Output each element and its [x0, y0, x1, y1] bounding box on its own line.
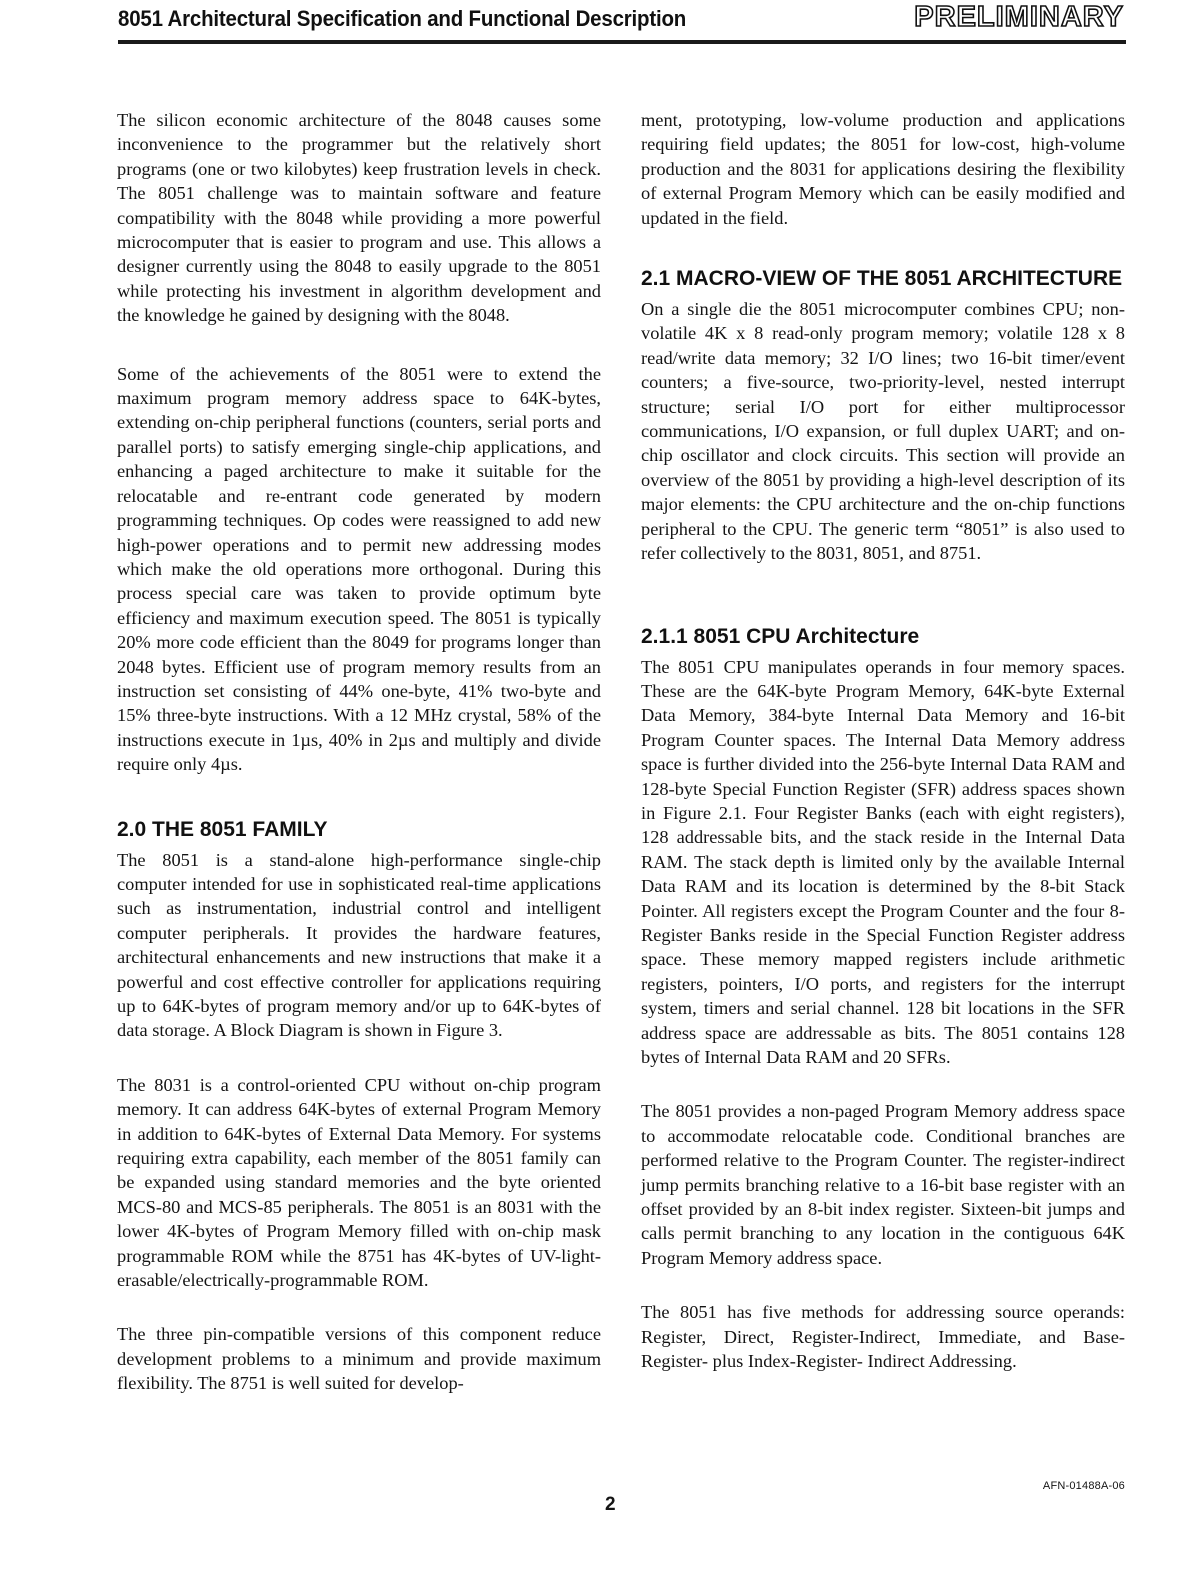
document-title: 8051 Architectural Specification and Fun…: [118, 6, 686, 32]
cpu-architecture-paragraph-2: The 8051 provides a non-paged Program Me…: [641, 1099, 1125, 1270]
section-heading-2-0: 2.0 THE 8051 FAMILY: [117, 817, 601, 842]
document-code: AFN-01488A-06: [1043, 1480, 1125, 1492]
cpu-architecture-paragraph-3: The 8051 has five methods for addressing…: [641, 1300, 1125, 1373]
right-column: ment, prototyping, low-volume production…: [641, 108, 1125, 1373]
macro-view-paragraph: On a single die the 8051 microcomputer c…: [641, 297, 1125, 565]
family-paragraph-3-cont: ment, prototyping, low-volume production…: [641, 108, 1125, 230]
page-header: 8051 Architectural Specification and Fun…: [118, 0, 1126, 46]
achievements-paragraph: Some of the achievements of the 8051 wer…: [117, 362, 601, 777]
preliminary-stamp: PRELIMINARY: [914, 1, 1124, 34]
section-heading-2-1: 2.1 MACRO-VIEW OF THE 8051 ARCHITECTURE: [641, 266, 1125, 291]
page-number: 2: [605, 1494, 616, 1516]
family-paragraph-1: The 8051 is a stand-alone high-performan…: [117, 848, 601, 1043]
left-column: The silicon economic architecture of the…: [117, 108, 601, 1396]
header-rule: [118, 40, 1126, 44]
family-paragraph-3-start: The three pin-compatible versions of thi…: [117, 1322, 601, 1395]
section-heading-2-1-1: 2.1.1 8051 CPU Architecture: [641, 624, 1125, 649]
cpu-architecture-paragraph-1: The 8051 CPU manipulates operands in fou…: [641, 655, 1125, 1070]
intro-paragraph: The silicon economic architecture of the…: [117, 108, 601, 328]
family-paragraph-2: The 8031 is a control-oriented CPU witho…: [117, 1073, 601, 1293]
